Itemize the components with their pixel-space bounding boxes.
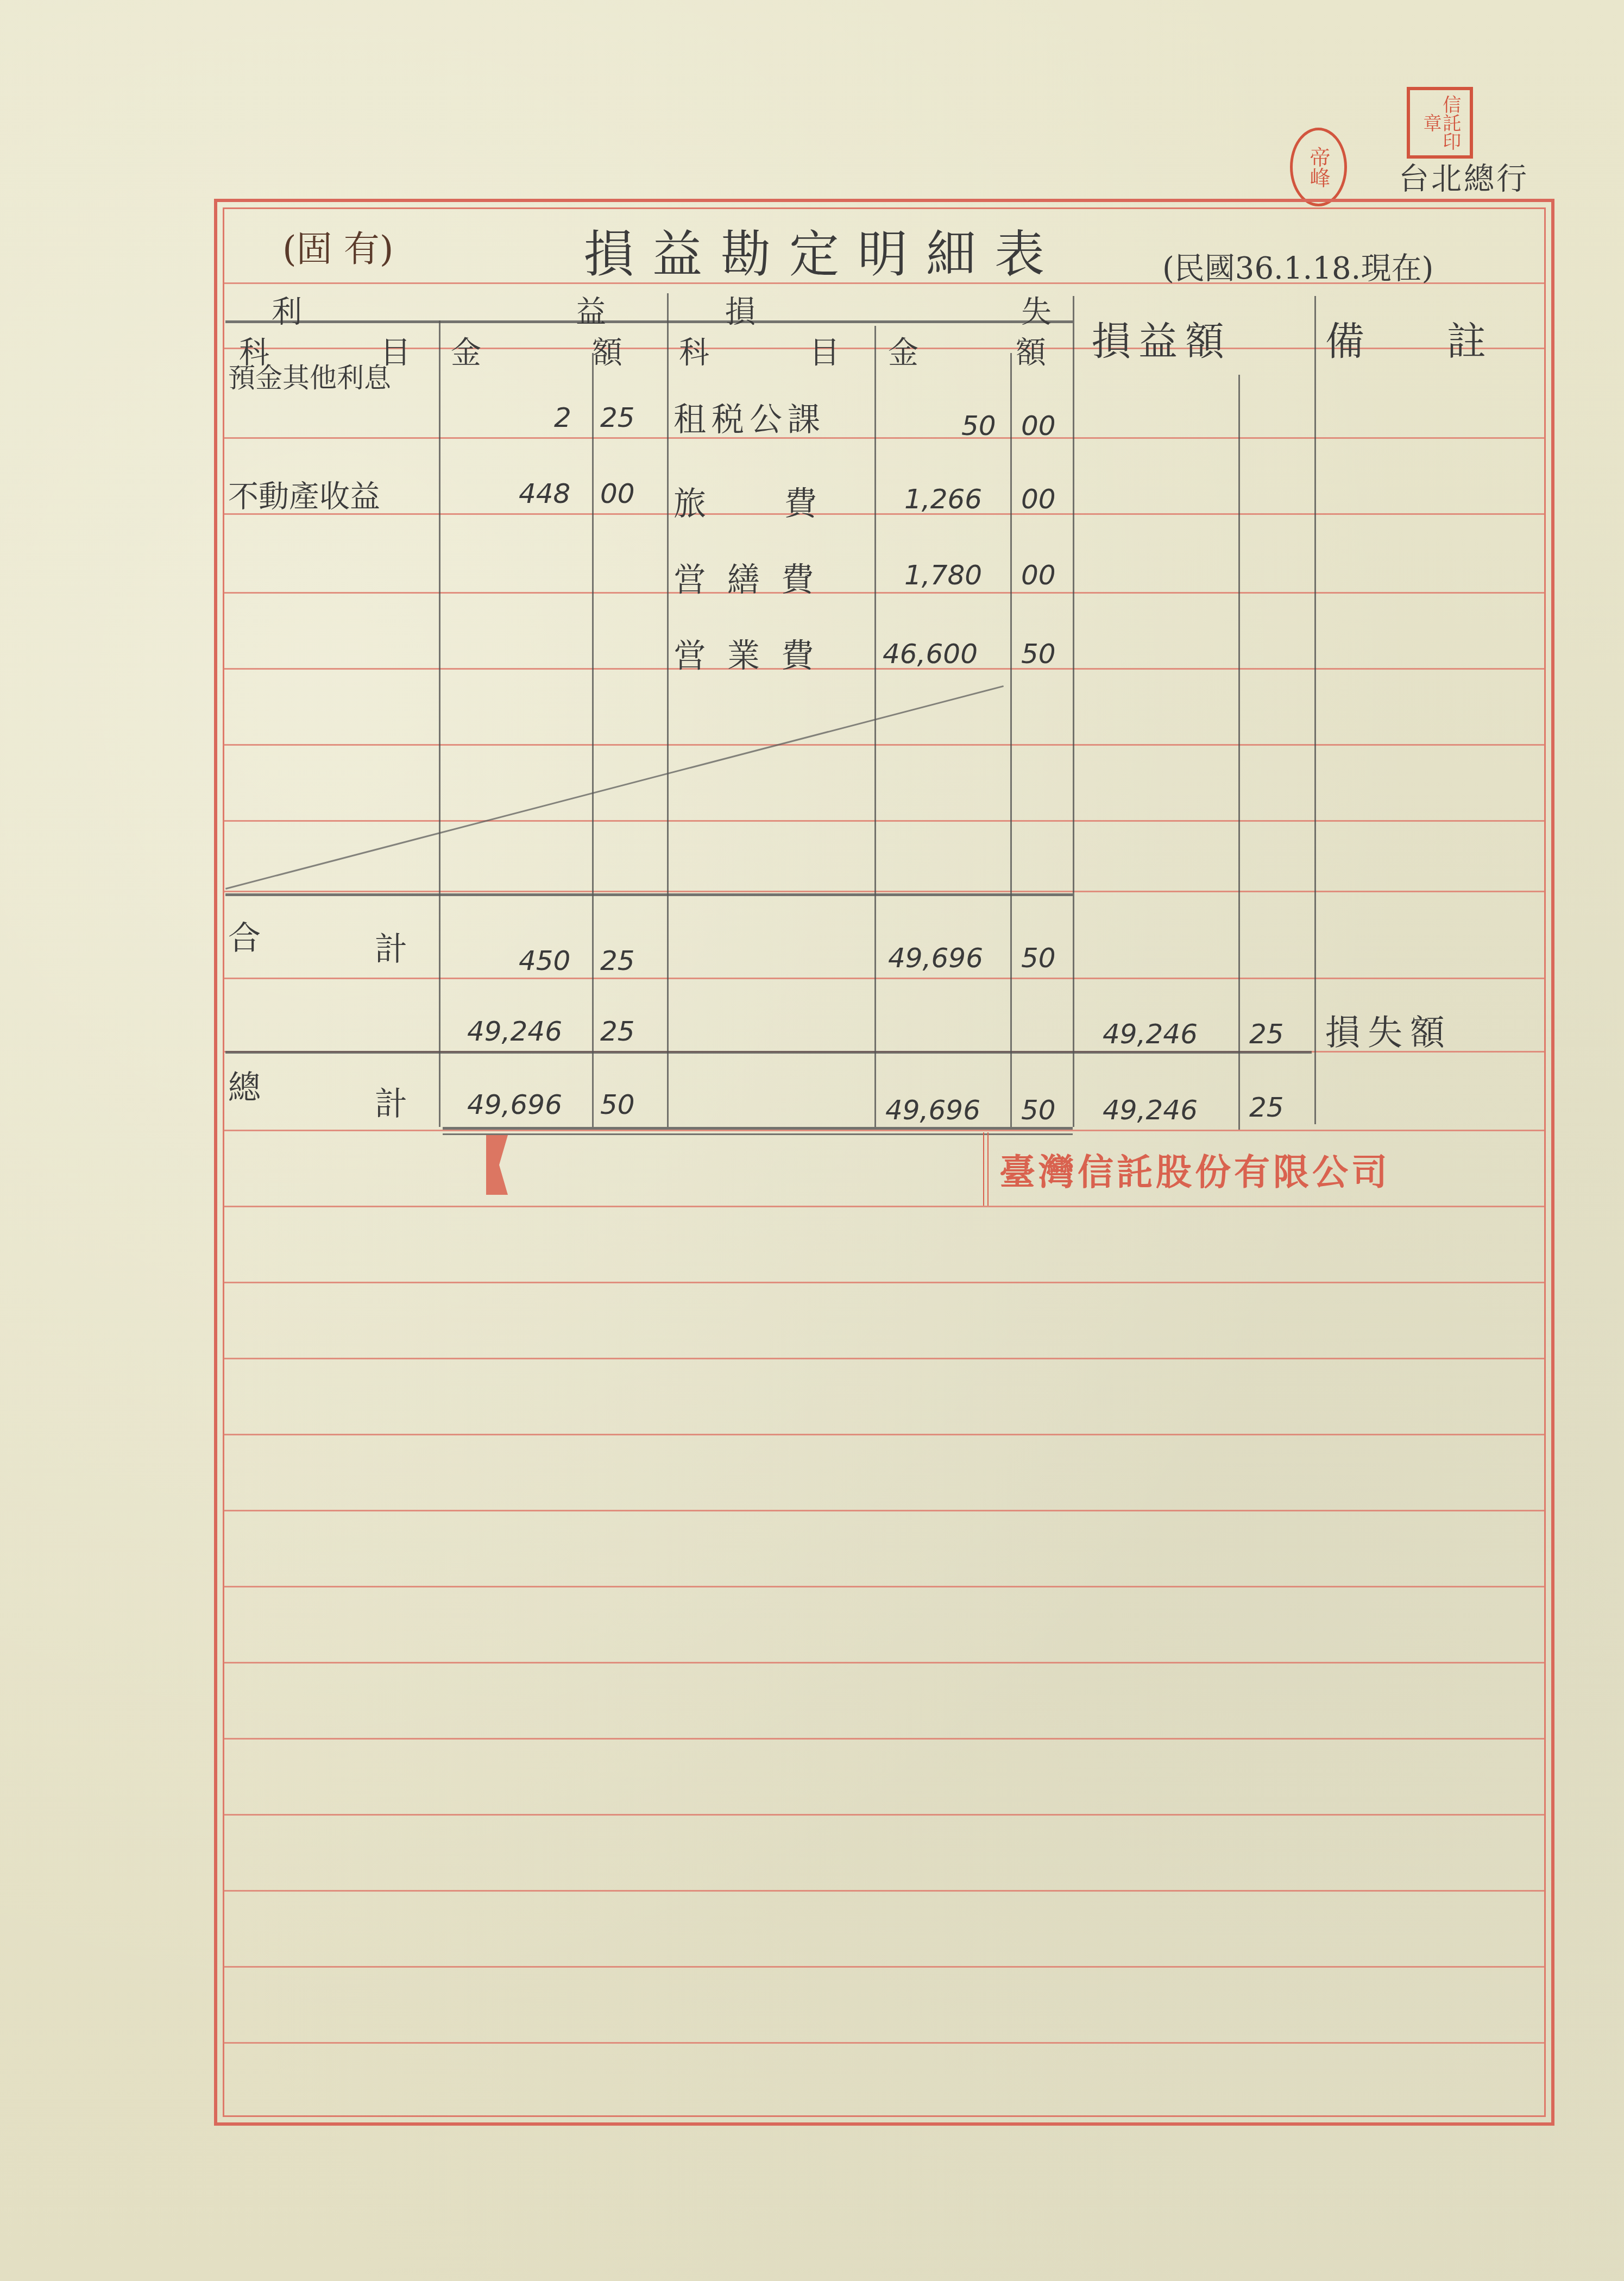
company-stamp: 臺灣信託股份有限公司 (999, 1143, 1390, 1195)
header-profit-1: 利 (272, 288, 302, 331)
header-loss-amount-1: 金 (888, 329, 918, 372)
balance-pl-cents: 25 (1249, 1018, 1284, 1050)
balance-profit-cents: 25 (600, 1016, 635, 1047)
header-loss-amount-2: 額 (1016, 329, 1046, 372)
grand-total-profit-amount: 49,696 (467, 1089, 562, 1120)
subtotal-profit-amount: 450 (519, 945, 570, 976)
grand-total-label-2: 計 (375, 1078, 407, 1125)
subtotal-profit-cents: 25 (600, 945, 635, 976)
loss-row-2-subject: 旅 費 (673, 478, 821, 525)
header-loss-1: 損 (725, 288, 756, 331)
oval-seal: 帝峰 (1290, 128, 1347, 206)
grand-total-pl-amount: 49,246 (1103, 1094, 1198, 1126)
balance-profit-amount: 49,246 (467, 1016, 562, 1047)
subtotal-label-2: 計 (375, 923, 407, 970)
header-remarks: 備 註 (1325, 310, 1508, 366)
loss-row-1-subject: 租税公課 (673, 394, 826, 440)
grand-total-profit-cents: 50 (600, 1089, 635, 1120)
subtotal-label-1: 合 (228, 912, 261, 959)
profit-row-2-cents: 00 (600, 478, 635, 509)
loss-row-2-cents: 00 (1021, 483, 1056, 515)
loss-row-4-cents: 50 (1021, 638, 1056, 670)
stamp-divider (983, 1132, 989, 1206)
balance-pl-amount: 49,246 (1103, 1018, 1198, 1050)
branch-label: 台北總行 (1399, 155, 1529, 198)
prefix-label: (固 有) (282, 220, 393, 272)
profit-row-2-amount: 448 (519, 478, 570, 509)
grand-total-pl-cents: 25 (1249, 1092, 1284, 1123)
header-loss-2: 失 (1021, 288, 1052, 331)
grand-total-loss-cents: 50 (1021, 1094, 1056, 1126)
loss-row-4-amount: 46,600 (883, 638, 978, 670)
header-loss-subject-2: 目 (809, 329, 840, 372)
grand-total-loss-amount: 49,696 (885, 1094, 980, 1126)
grand-total-label-1: 總 (228, 1062, 261, 1108)
header-pl-amount: 損益額 (1092, 310, 1232, 366)
loss-row-4-subject: 営 業 費 (673, 630, 819, 677)
header-profit-amount-1: 金 (451, 329, 481, 372)
loss-row-1-amount: 50 (961, 410, 996, 442)
header-profit-2: 益 (576, 288, 606, 331)
subtotal-loss-amount: 49,696 (888, 942, 983, 974)
profit-row-1-amount: 2 (554, 402, 571, 433)
loss-row-3-amount: 1,780 (904, 559, 982, 591)
loss-row-3-cents: 00 (1021, 559, 1056, 591)
loss-row-1-cents: 00 (1021, 410, 1056, 442)
balance-remark: 損失額 (1325, 1005, 1452, 1055)
header-loss-subject-1: 科 (679, 329, 709, 372)
square-seal: 信託印章 (1407, 87, 1473, 159)
header-profit-amount-2: 額 (592, 329, 622, 372)
document-title: 損益勘定明細表 (584, 215, 1063, 286)
loss-row-2-amount: 1,266 (904, 483, 982, 515)
profit-row-1-subject: 預金其他利息 (228, 364, 435, 393)
subtotal-loss-cents: 50 (1021, 942, 1056, 974)
profit-row-1-cents: 25 (600, 402, 635, 433)
profit-row-2-subject: 不動產收益 (228, 472, 380, 516)
date-note: (民國36.1.18.現在) (1162, 244, 1433, 288)
loss-row-3-subject: 営 繕 費 (673, 554, 819, 601)
